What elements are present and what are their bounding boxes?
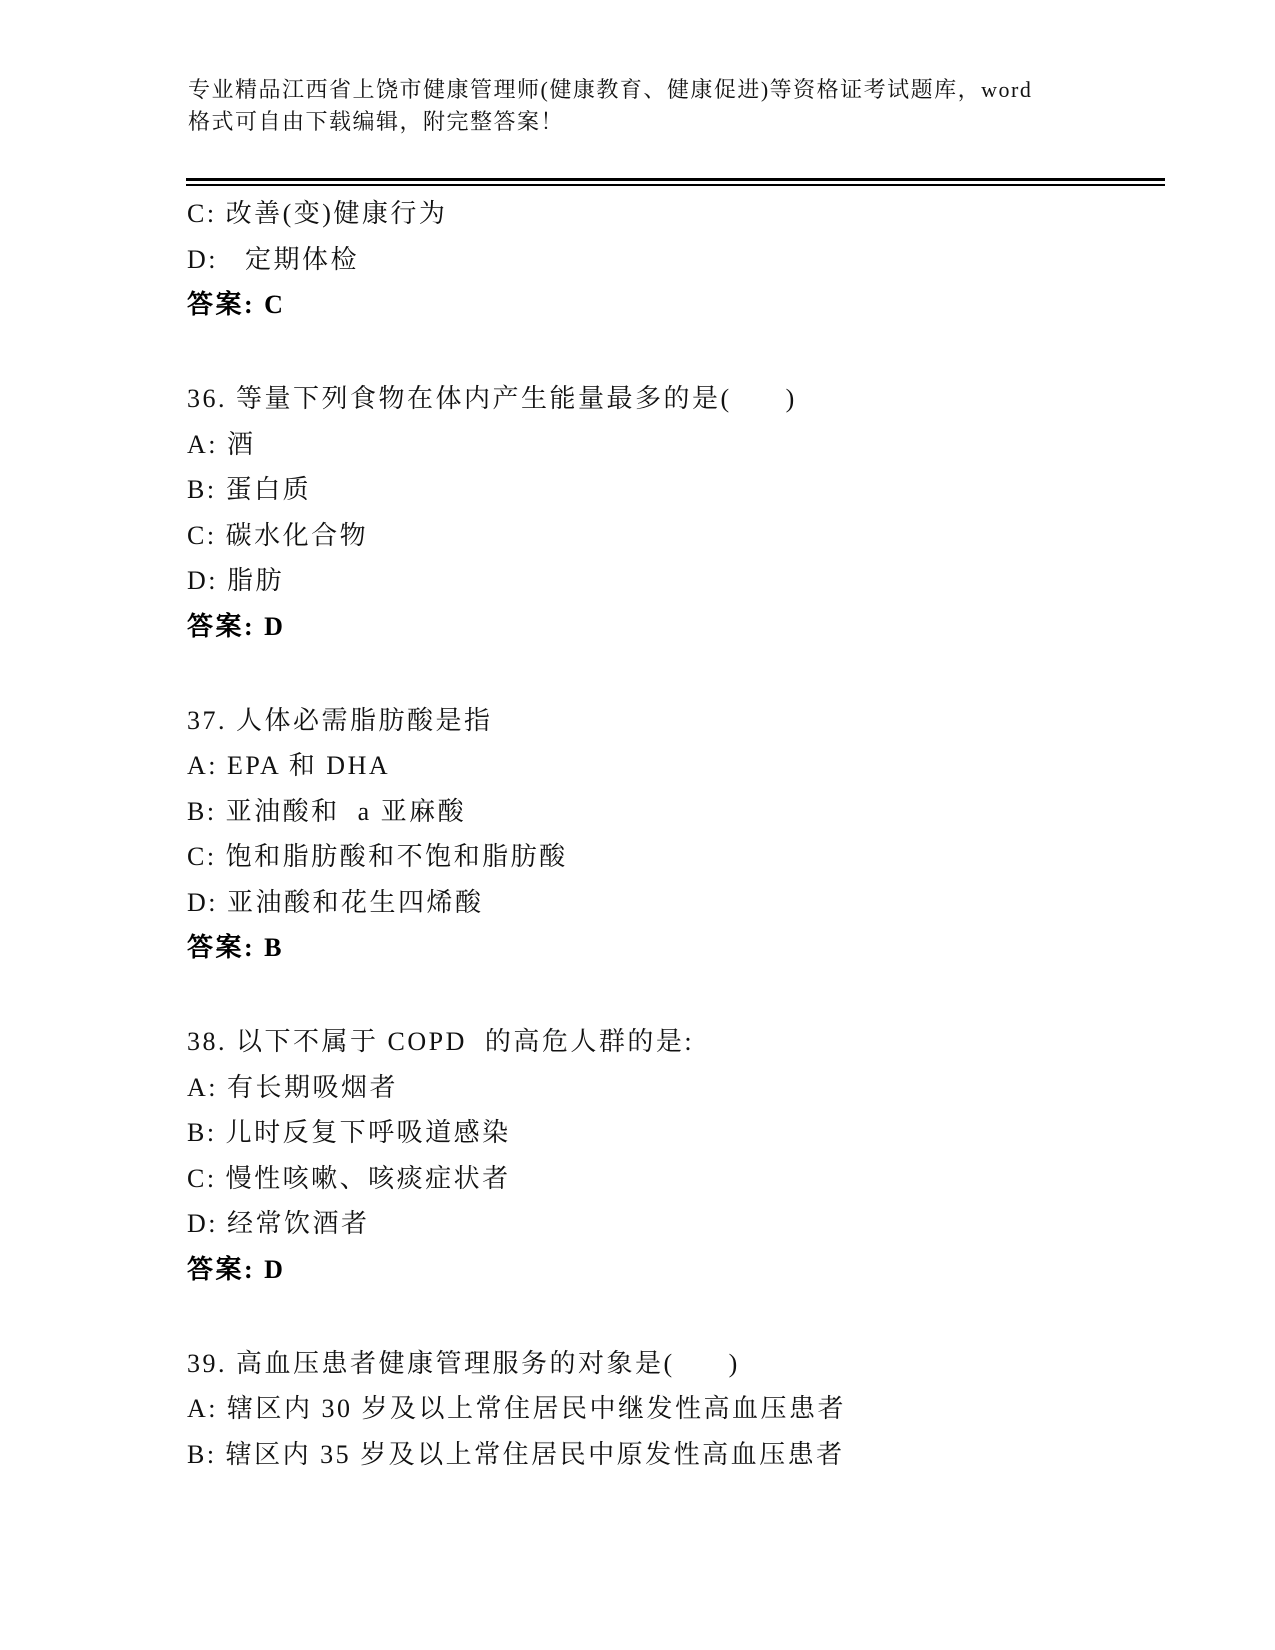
- question-block-36: 36. 等量下列食物在体内产生能量最多的是( ) A: 酒 B: 蛋白质 C: …: [187, 376, 1177, 649]
- option-line: B: 蛋白质: [187, 467, 1177, 513]
- question-text: 36. 等量下列食物在体内产生能量最多的是( ): [187, 376, 1177, 422]
- option-line: D: 经常饮酒者: [187, 1201, 1177, 1247]
- question-text: 38. 以下不属于 COPD 的高危人群的是:: [187, 1019, 1177, 1065]
- answer-line: 答案: D: [187, 1247, 1177, 1293]
- question-text: 37. 人体必需脂肪酸是指: [187, 698, 1177, 744]
- header-divider-rule: [186, 178, 1165, 186]
- header-text-line: 格式可自由下载编辑，附完整答案！: [188, 106, 1148, 138]
- question-block-37: 37. 人体必需脂肪酸是指 A: EPA 和 DHA B: 亚油酸和 a 亚麻酸…: [187, 698, 1177, 971]
- option-line: B: 亚油酸和 a 亚麻酸: [187, 789, 1177, 835]
- question-text: 39. 高血压患者健康管理服务的对象是( ): [187, 1341, 1177, 1387]
- document-body: C: 改善(变)健康行为 D: 定期体检 答案: C 36. 等量下列食物在体内…: [187, 191, 1177, 1477]
- option-line: C: 慢性咳嗽、咳痰症状者: [187, 1156, 1177, 1202]
- option-line: B: 儿时反复下呼吸道感染: [187, 1110, 1177, 1156]
- option-line: A: 酒: [187, 422, 1177, 468]
- document-page: 专业精品江西省上饶市健康管理师(健康教育、健康促进)等资格证考试题库，word …: [0, 0, 1275, 1650]
- option-line: C: 饱和脂肪酸和不饱和脂肪酸: [187, 834, 1177, 880]
- option-line: D: 亚油酸和花生四烯酸: [187, 880, 1177, 926]
- option-line: A: EPA 和 DHA: [187, 743, 1177, 789]
- option-line: B: 辖区内 35 岁及以上常住居民中原发性高血压患者: [187, 1432, 1177, 1478]
- option-line: D: 脂肪: [187, 558, 1177, 604]
- option-line: A: 有长期吸烟者: [187, 1065, 1177, 1111]
- option-line: C: 碳水化合物: [187, 513, 1177, 559]
- option-line: A: 辖区内 30 岁及以上常住居民中继发性高血压患者: [187, 1386, 1177, 1432]
- question-block-continuation: C: 改善(变)健康行为 D: 定期体检 答案: C: [187, 191, 1177, 328]
- question-block-38: 38. 以下不属于 COPD 的高危人群的是: A: 有长期吸烟者 B: 儿时反…: [187, 1019, 1177, 1292]
- header-text-line: 专业精品江西省上饶市健康管理师(健康教育、健康促进)等资格证考试题库，word: [188, 74, 1148, 106]
- answer-line: 答案: D: [187, 604, 1177, 650]
- document-header: 专业精品江西省上饶市健康管理师(健康教育、健康促进)等资格证考试题库，word …: [188, 74, 1148, 138]
- answer-line: 答案: B: [187, 925, 1177, 971]
- answer-line: 答案: C: [187, 282, 1177, 328]
- option-line: D: 定期体检: [187, 237, 1177, 283]
- option-line: C: 改善(变)健康行为: [187, 191, 1177, 237]
- question-block-39: 39. 高血压患者健康管理服务的对象是( ) A: 辖区内 30 岁及以上常住居…: [187, 1341, 1177, 1478]
